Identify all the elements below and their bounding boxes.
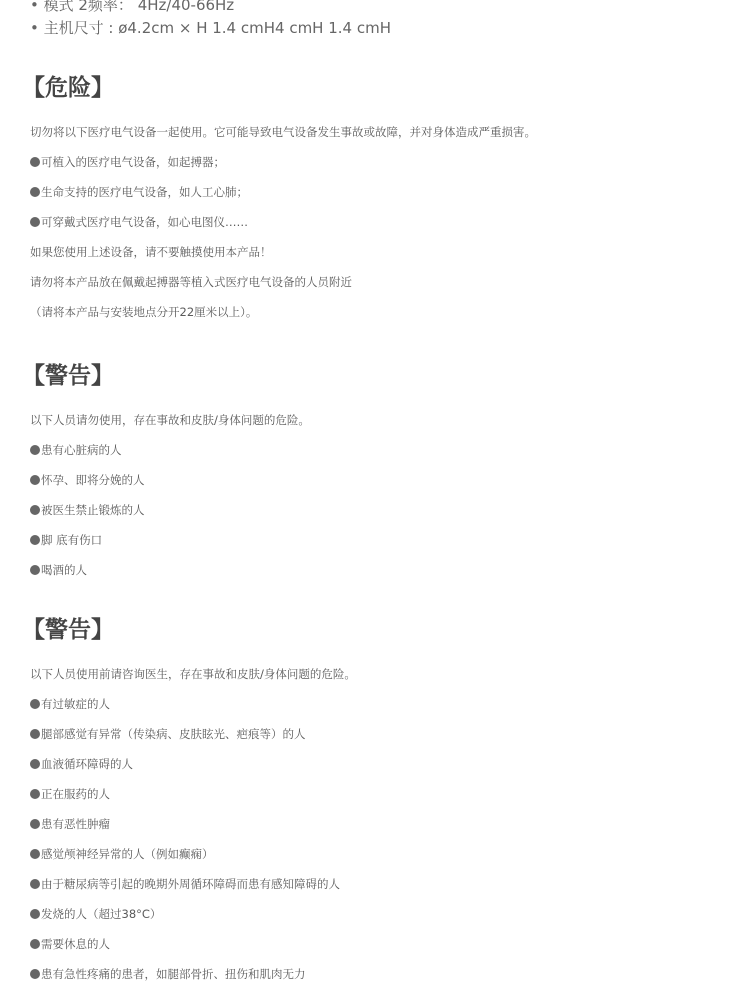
warning-section-title: 【警告】 (22, 357, 114, 390)
warning-consult-list-item: 由于糖尿病等引起的晚期外周循环障碍而患有感知障碍的人 (30, 877, 340, 891)
warning-consult-list-item: 血液循环障碍的人 (30, 757, 133, 771)
warning-list-item: 怀孕、即将分娩的人 (30, 473, 145, 487)
danger-list-item: 可植入的医疗电气设备，如起搏器； (30, 155, 225, 169)
bullet-icon (30, 819, 40, 829)
danger-list-item: 可穿戴式医疗电气设备，如心电图仪…… (30, 215, 248, 229)
bullet-icon (30, 879, 40, 889)
bullet-icon (30, 475, 40, 485)
bullet-icon (30, 969, 40, 979)
bullet-icon (30, 759, 40, 769)
warning-list-item: 被医生禁止锻炼的人 (30, 503, 145, 517)
spec-device-size: • 主机尺寸 : ø4.2cm × H 1.4 cmH4 cmH 1.4 cmH (30, 17, 391, 38)
warning-consult-list-item: 患有急性疼痛的患者，如腿部骨折、扭伤和肌肉无力 (30, 967, 306, 981)
warning-consult-list-item: 患有恶性肿瘤 (30, 817, 110, 831)
warning-consult-section-title: 【警告】 (22, 611, 114, 644)
danger-note: 请勿将本产品放在佩戴起搏器等植入式医疗电气设备的人员附近 (30, 275, 352, 289)
danger-note: （请将本产品与安装地点分开22厘米以上）。 (30, 305, 257, 319)
danger-section-title: 【危险】 (22, 69, 114, 102)
warning-consult-list-item: 感觉颅神经异常的人（例如癫痫） (30, 847, 214, 861)
bullet-icon (30, 505, 40, 515)
danger-list-item: 生命支持的医疗电气设备，如人工心肺； (30, 185, 248, 199)
bullet-icon (30, 187, 40, 197)
bullet-icon (30, 565, 40, 575)
warning-list-item: 脚 底有伤口 (30, 533, 102, 547)
bullet-icon (30, 217, 40, 227)
warning-consult-list-item: 正在服药的人 (30, 787, 110, 801)
warning-consult-list-item: 发烧的人（超过38°C） (30, 907, 161, 921)
warning-consult-list-item: 有过敏症的人 (30, 697, 110, 711)
bullet-icon (30, 849, 40, 859)
warning-list-item: 患有心脏病的人 (30, 443, 122, 457)
bullet-icon (30, 445, 40, 455)
bullet-icon (30, 729, 40, 739)
bullet-icon (30, 535, 40, 545)
warning-consult-intro: 以下人员使用前请咨询医生，存在事故和皮肤/身体问题的危险。 (30, 667, 356, 681)
warning-intro: 以下人员请勿使用，存在事故和皮肤/身体问题的危险。 (30, 413, 310, 427)
danger-note: 如果您使用上述设备，请不要触摸使用本产品！ (30, 245, 272, 259)
warning-consult-list-item: 腿部感觉有异常（传染病、皮肤眩光、疤痕等）的人 (30, 727, 306, 741)
bullet-icon (30, 939, 40, 949)
warning-consult-list-item: 需要休息的人 (30, 937, 110, 951)
bullet-icon (30, 699, 40, 709)
bullet-icon (30, 789, 40, 799)
danger-intro: 切勿将以下医疗电气设备一起使用。它可能导致电气设备发生事故或故障，并对身体造成严… (30, 125, 536, 139)
bullet-icon (30, 157, 40, 167)
warning-list-item: 喝酒的人 (30, 563, 87, 577)
spec-mode-frequency: • 模式 2频率： 4Hz/40-66Hz (30, 0, 234, 15)
bullet-icon (30, 909, 40, 919)
